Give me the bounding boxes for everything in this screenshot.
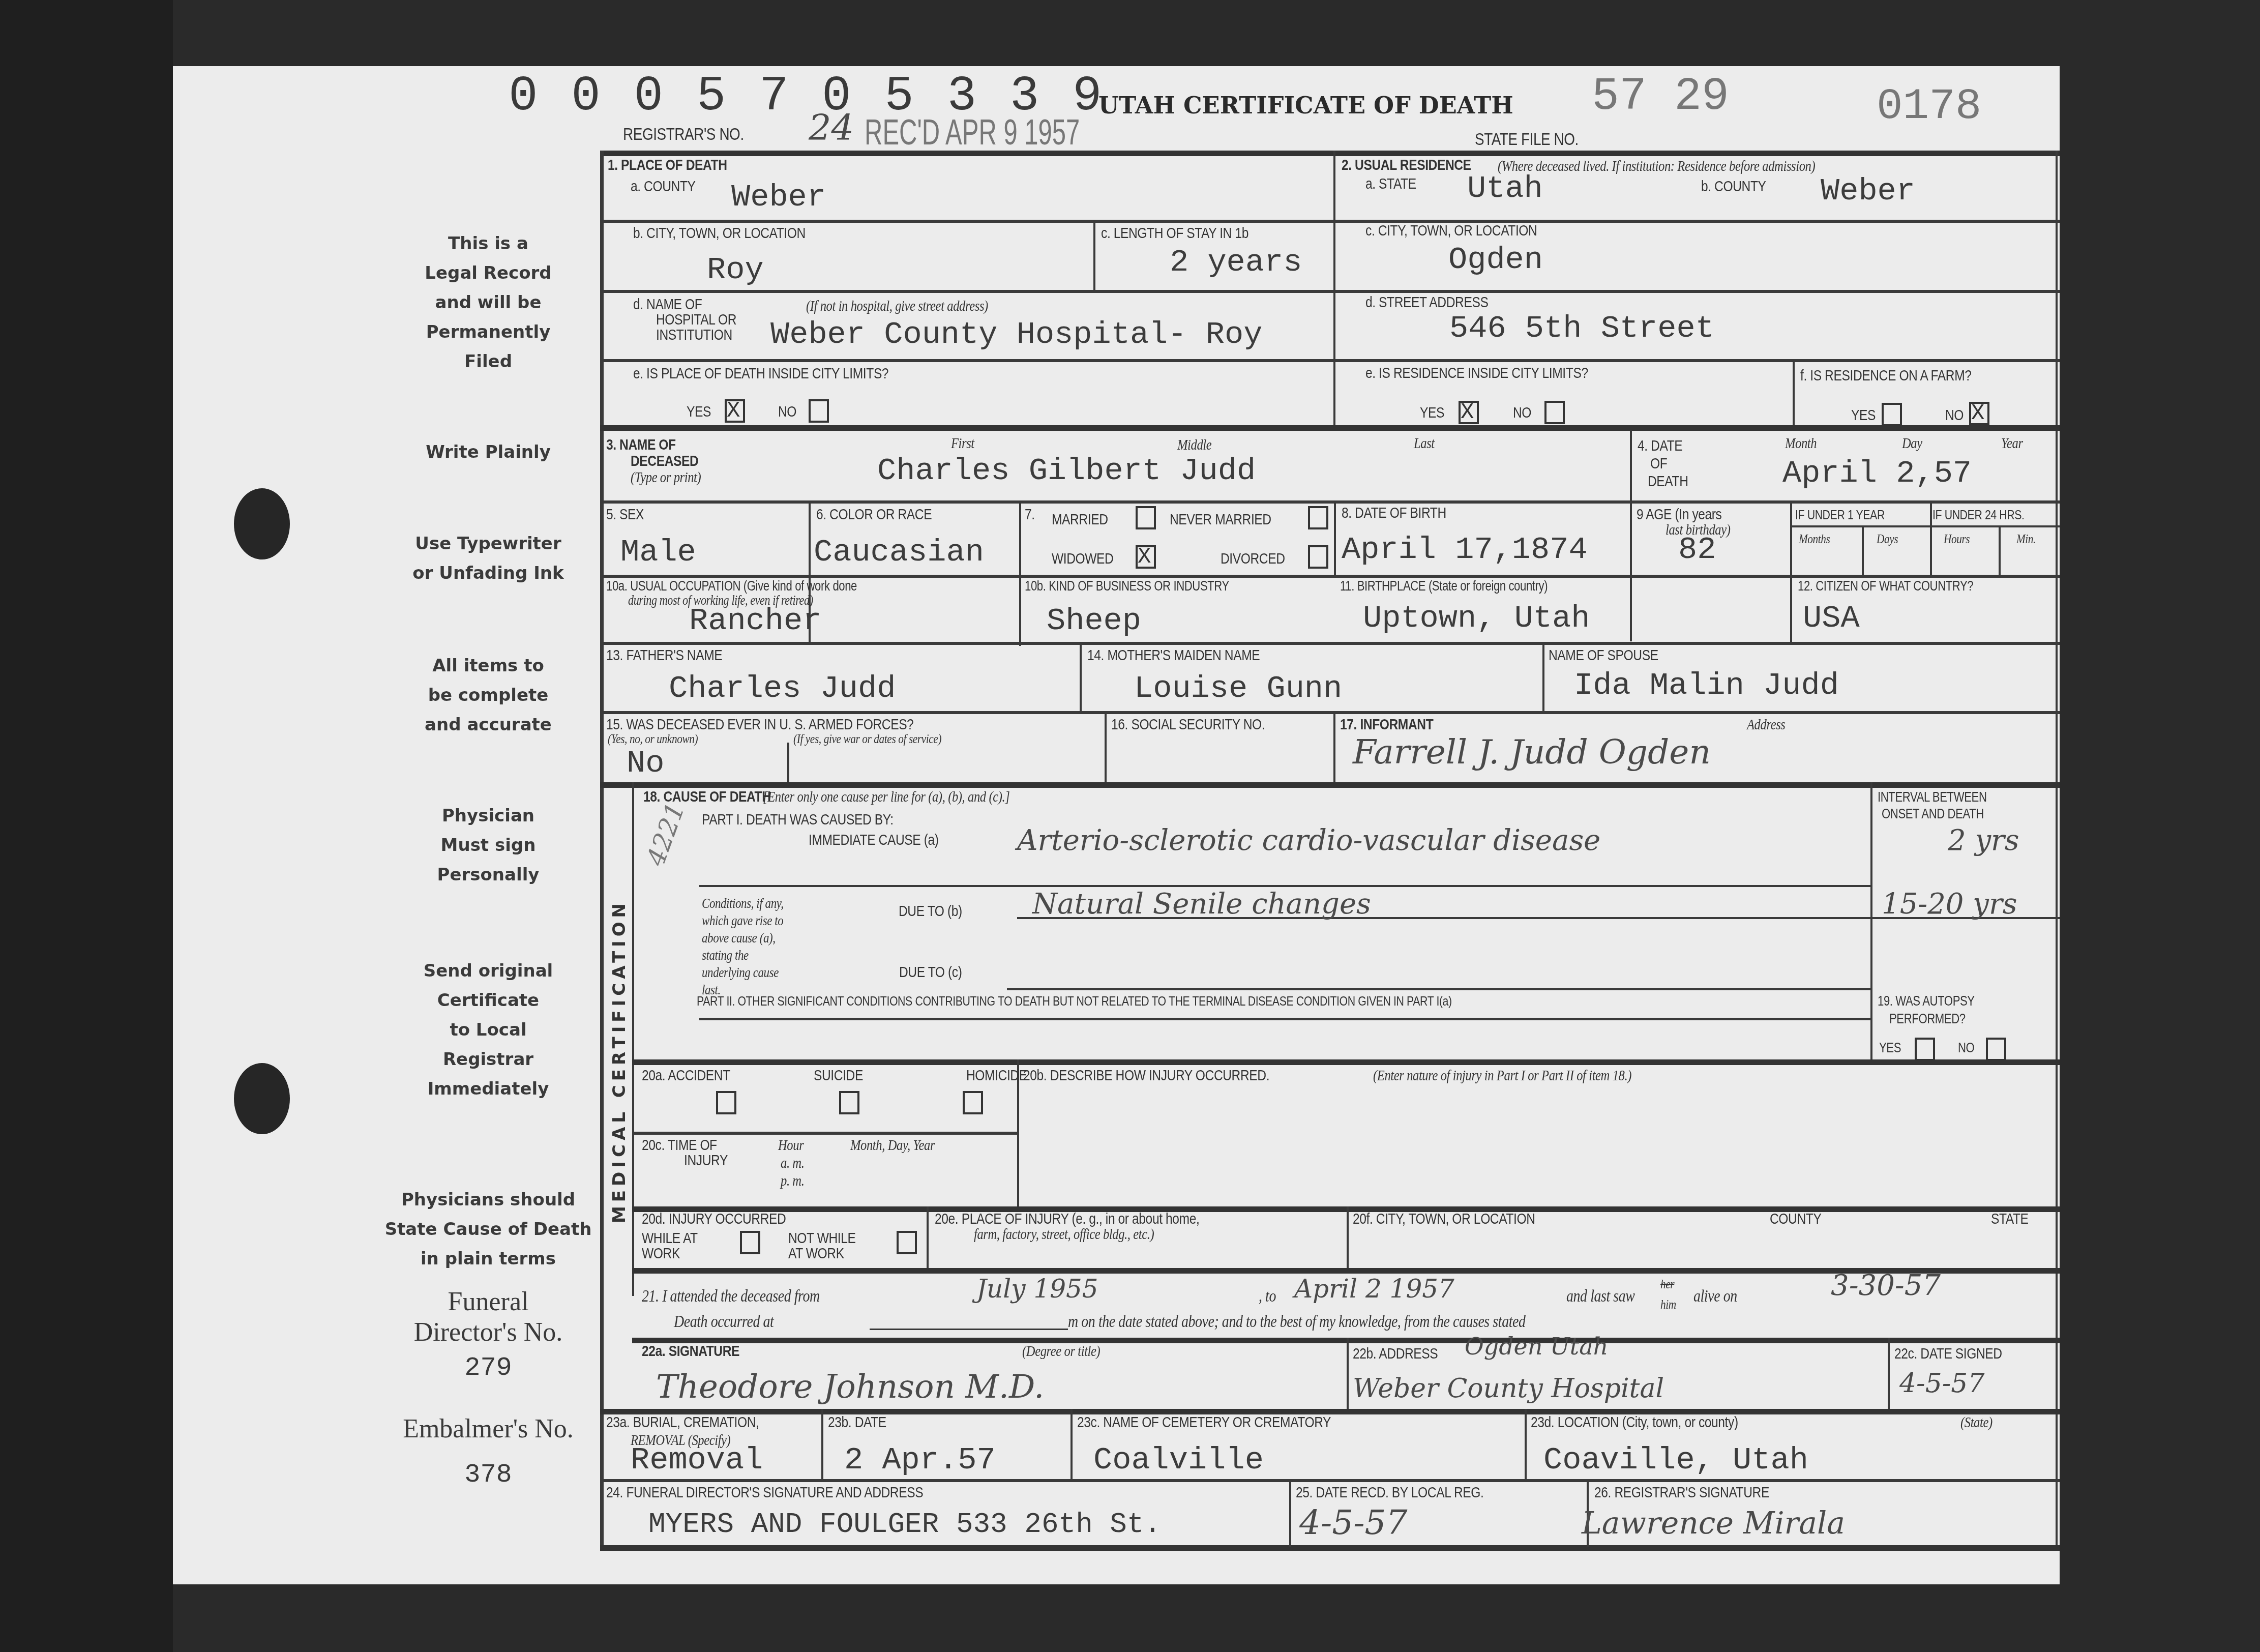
margin-note-send-original: Send original Certificate to Local Regis… [356,956,620,1104]
informant-label: 17. INFORMANT [1340,716,1433,733]
divorced-checkbox[interactable] [1308,545,1328,569]
date-of-death-label-3: DEATH [1648,473,1688,490]
interval-b-value: 15-20 yrs [1882,888,2017,921]
mother-value: Louise Gunn [1134,670,1342,706]
injury-occurred-label: 20d. INJURY OCCURRED [642,1211,786,1228]
funeral-director-value: MYERS AND FOULGER 533 26th St. [648,1508,1161,1541]
date-of-birth-value: April 17,1874 [1342,532,1588,568]
funeral-director-number: 279 [356,1353,620,1383]
burial-value: Removal [631,1442,763,1478]
cemetery-value: Coalville [1093,1442,1264,1478]
margin-note-typewriter: Use Typewriter or Unfading Ink [356,529,620,588]
residence-inside-city-no-checkbox[interactable] [1544,401,1565,424]
death-no-label: NO [778,403,796,421]
margin-note-physician-sign: Physician Must sign Personally [356,801,620,890]
residence-street-value: 546 5th Street [1449,310,1714,346]
suicide-label: SUICIDE [814,1067,863,1084]
never-married-checkbox[interactable] [1308,506,1328,529]
residence-state-value: Utah [1467,170,1543,206]
date-received-label: 25. DATE RECD. BY LOCAL REG. [1296,1484,1483,1501]
pm-label: p. m. [781,1172,804,1190]
autopsy-label-1: 19. WAS AUTOPSY [1878,993,1975,1009]
injury-city-label: 20f. CITY, TOWN, OR LOCATION [1353,1211,1535,1228]
never-married-label: NEVER MARRIED [1170,511,1271,528]
disposition-date-label: 23b. DATE [828,1414,886,1431]
homicide-label: HOMICIDE [966,1067,1027,1084]
alive-on-label: alive on [1693,1287,1737,1306]
state-file-label: STATE FILE NO. [1475,130,1579,150]
months-label: Months [1799,532,1830,547]
ssn-label: 16. SOCIAL SECURITY NO. [1111,716,1265,733]
death-city-label: b. CITY, TOWN, OR LOCATION [633,225,806,242]
place-of-injury-label-2: farm, factory, street, office bldg., etc… [974,1226,1154,1243]
embalmer-number: 378 [356,1460,620,1490]
registrar-no-label: REGISTRAR'S NO. [623,125,744,144]
deceased-name-label-2: DECEASED [631,453,698,470]
under-1-year-label: IF UNDER 1 YEAR [1795,507,1885,523]
age-label-1: 9 AGE (In years [1637,506,1721,523]
injury-state-label: STATE [1991,1211,2029,1228]
funeral-director-signature-label: 24. FUNERAL DIRECTOR'S SIGNATURE AND ADD… [606,1484,923,1501]
to-label: , to [1259,1287,1276,1306]
disposition-location-value: Coaville, Utah [1543,1442,1808,1478]
attended-to: April 2 1957 [1294,1274,1454,1304]
disposition-date-value: 2 Apr.57 [844,1442,996,1478]
date-of-birth-label: 8. DATE OF BIRTH [1342,505,1446,522]
describe-injury-hint: (Enter nature of injury in Part I or Par… [1373,1067,1631,1084]
race-value: Caucasian [814,534,984,570]
autopsy-yes-checkbox[interactable] [1915,1038,1935,1061]
part2-label: PART II. OTHER SIGNIFICANT CONDITIONS CO… [697,993,1452,1009]
degree-label: (Degree or title) [1022,1343,1100,1360]
due-to-b-value: Natural Senile changes [1032,888,1371,921]
death-occurred-suffix: m on the date stated above; and to the b… [1068,1312,1526,1332]
date-of-death-label-1: 4. DATE [1638,437,1682,455]
not-while-at-work-label: NOT WHILE AT WORK [788,1231,856,1261]
birthplace-value: Uptown, Utah [1363,600,1590,636]
business-value: Sheep [1047,603,1141,639]
disposition-state-label: (State) [1960,1414,1993,1431]
hour-label: Hour [778,1137,804,1154]
physician-address-label: 22b. ADDRESS [1353,1345,1438,1363]
residence-city-label: c. CITY, TOWN, OR LOCATION [1365,222,1537,240]
deceased-full-name: Charles Gilbert Judd [877,453,1256,489]
physician-address-line2: Weber County Hospital [1353,1373,1664,1404]
medical-certification-label: MEDICAL CERTIFICATION [609,899,630,1223]
while-at-work-checkbox[interactable] [740,1231,760,1254]
accident-checkbox[interactable] [716,1091,736,1114]
day-label: Day [1902,435,1922,452]
residence-city-limits-label: e. IS RESIDENCE INSIDE CITY LIMITS? [1365,365,1588,382]
date-of-death-value: April 2,57 [1782,455,1972,491]
under-24-hrs-label: IF UNDER 24 HRS. [1932,507,2025,523]
min-label: Min. [2016,532,2036,547]
accident-label: 20a. ACCIDENT [642,1067,730,1084]
spouse-value: Ida Malin Judd [1574,667,1839,703]
deceased-name-label-3: (Type or print) [631,469,701,486]
informant-value: Farrell J. Judd Ogden [1353,732,1711,772]
residence-county-value: Weber [1821,173,1915,209]
deceased-name-label-1: 3. NAME OF [606,436,676,454]
interval-label-1: INTERVAL BETWEEN [1878,789,1986,805]
received-stamp: REC'D APR 9 1957 [865,112,1080,153]
death-occurred-label: Death occurred at [674,1312,774,1332]
spouse-label: NAME OF SPOUSE [1549,647,1658,664]
immediate-cause-value: Arterio-sclerotic cardio-vascular diseas… [1017,824,1600,857]
describe-injury-label: 20b. DESCRIBE HOW INJURY OCCURRED. [1023,1067,1269,1084]
while-at-work-label: WHILE AT WORK [642,1231,698,1261]
registrar-signature-label: 26. REGISTRAR'S SIGNATURE [1594,1484,1769,1501]
citizen-label: 12. CITIZEN OF WHAT COUNTRY? [1798,578,1973,594]
due-to-b-label: DUE TO (b) [899,903,962,920]
embalmer-label: Embalmer's No. [356,1414,620,1444]
month-day-year-label: Month, Day, Year [850,1137,935,1154]
hospital-label-2: HOSPITAL OR [656,311,736,329]
farm-no-checkbox[interactable] [1969,402,1989,425]
last-saw-label: and last saw [1566,1287,1635,1306]
armed-forces-hint-2: (If yes, give war or dates of service) [793,731,941,747]
father-value: Charles Judd [669,670,896,706]
hospital-label-1: d. NAME OF [633,296,702,313]
state-file-top: 57 29 [1592,71,1729,123]
residence-county-label: b. COUNTY [1701,178,1766,195]
occupation-label-1: 10a. USUAL OCCUPATION (Give kind of work… [606,578,857,594]
due-to-c-label: DUE TO (c) [899,964,962,981]
physician-signature: Theodore Johnson M.D. [656,1368,1044,1406]
margin-note-legal-record: This is a Legal Record and will be Perma… [356,229,620,376]
usual-residence-label: 2. USUAL RESIDENCE [1342,157,1471,174]
cause-of-death-hint: [Enter only one cause per line for (a), … [763,788,1009,806]
residence-inside-city-yes-checkbox[interactable] [1459,401,1479,424]
marital-number: 7. [1025,506,1035,523]
not-while-at-work-checkbox[interactable] [897,1231,917,1254]
scanner-background-left [0,0,173,1652]
farm-yes-label: YES [1851,407,1876,424]
farm-no-label: NO [1945,407,1964,424]
certificate-title: UTAH CERTIFICATE OF DEATH [1098,92,1513,119]
date-signed-label: 22c. DATE SIGNED [1894,1345,2002,1363]
immediate-cause-label: IMMEDIATE CAUSE (a) [809,832,939,849]
part1-label: PART I. DEATH WAS CAUSED BY: [702,811,894,829]
time-of-injury-label-2: INJURY [684,1152,728,1169]
residence-city-value: Ogden [1448,242,1543,278]
residence-street-label: d. STREET ADDRESS [1365,294,1488,311]
hours-label: Hours [1944,532,1970,547]
conditions-label: Conditions, if any, which gave rise to a… [702,895,798,999]
widowed-label: WIDOWED [1052,550,1113,568]
time-of-injury-label-1: 20c. TIME OF [642,1137,717,1154]
race-label: 6. COLOR OR RACE [816,506,932,523]
autopsy-no-checkbox[interactable] [1986,1038,2006,1061]
him-label: him [1660,1297,1676,1312]
married-checkbox[interactable] [1136,506,1156,529]
usual-residence-hint: (Where deceased lived. If institution: R… [1498,158,1815,175]
business-label: 10b. KIND OF BUSINESS OR INDUSTRY [1025,578,1229,594]
interval-a-value: 2 yrs [1948,824,2019,857]
hospital-label-3: INSTITUTION [656,327,732,344]
year-label: Year [2001,435,2023,452]
widowed-checkbox[interactable] [1136,545,1156,569]
farm-yes-checkbox[interactable] [1882,403,1902,426]
citizen-value: USA [1803,600,1860,636]
autopsy-yes-label: YES [1879,1040,1901,1056]
date-signed-value: 4-5-57 [1899,1368,1984,1399]
occupation-value: Rancher [689,603,821,639]
sex-value: Male [620,534,696,570]
mother-label: 14. MOTHER'S MAIDEN NAME [1087,647,1260,664]
residence-no-label: NO [1513,404,1531,422]
hospital-hint: (If not in hospital, give street address… [806,298,988,315]
injury-county-label: COUNTY [1770,1211,1821,1228]
death-yes-label: YES [687,403,711,421]
state-file-number: 0178 [1877,81,1981,131]
last-name-label: Last [1414,435,1435,452]
signature-label: 22a. SIGNATURE [642,1343,739,1360]
armed-forces-hint-1: (Yes, no, or unknown) [608,731,698,747]
place-of-death-label: 1. PLACE OF DEATH [608,157,727,174]
first-name-label: First [951,435,974,452]
am-label: a. m. [781,1155,804,1172]
death-inside-city-yes-checkbox[interactable] [725,399,745,423]
margin-note-write-plainly: Write Plainly [356,437,620,467]
residence-state-label: a. STATE [1365,175,1416,193]
month-label: Month [1785,435,1817,452]
residence-yes-label: YES [1420,404,1444,422]
death-county-label: a. COUNTY [631,178,696,195]
registrar-signature-value: Lawrence Mirala [1582,1506,1845,1541]
armed-forces-value: No [627,745,664,781]
birthplace-label: 11. BIRTHPLACE (State or foreign country… [1340,578,1548,594]
burial-label-1: 23a. BURIAL, CREMATION, [606,1414,759,1431]
place-of-injury-label-1: 20e. PLACE OF INJURY (e. g., in or about… [935,1211,1199,1228]
suicide-checkbox[interactable] [839,1091,859,1114]
death-inside-city-no-checkbox[interactable] [809,399,829,423]
date-of-death-label-2: OF [1650,455,1667,473]
age-value: 82 [1678,532,1716,568]
farm-label: f. IS RESIDENCE ON A FARM? [1800,367,1972,385]
death-city-value: Roy [707,252,764,288]
death-city-limits-label: e. IS PLACE OF DEATH INSIDE CITY LIMITS? [633,365,888,382]
date-received-value: 4-5-57 [1299,1503,1408,1542]
informant-address-label: Address [1747,716,1785,733]
length-of-stay-label: c. LENGTH OF STAY IN 1b [1101,225,1248,242]
funeral-director-label: Funeral Director's No. [356,1287,620,1348]
margin-note-cause-plain: Physicians should State Cause of Death i… [356,1185,620,1274]
punch-hole-icon [234,1063,290,1134]
disposition-location-label: 23d. LOCATION (City, town, or county) [1531,1414,1738,1431]
margin-note-complete: All items to be complete and accurate [356,651,620,740]
last-seen-date: 3-30-57 [1831,1269,1941,1302]
interval-label-2: ONSET AND DEATH [1882,806,1984,822]
autopsy-label-2: PERFORMED? [1889,1011,1966,1027]
her-label: her [1660,1277,1674,1292]
divorced-label: DIVORCED [1221,550,1285,568]
attended-prefix: 21. I attended the deceased from [642,1287,820,1306]
days-label: Days [1877,532,1898,547]
attended-from: July 1955 [976,1274,1098,1304]
registrar-no: 24 [809,107,854,149]
armed-forces-label: 15. WAS DECEASED EVER IN U. S. ARMED FOR… [606,716,913,733]
physician-address-line1: Ogden Utah [1465,1333,1608,1360]
cemetery-label: 23c. NAME OF CEMETERY OR CREMATORY [1077,1414,1331,1431]
death-county-value: Weber [731,179,826,215]
married-label: MARRIED [1052,511,1108,528]
homicide-checkbox[interactable] [963,1091,983,1114]
middle-name-label: Middle [1177,436,1211,454]
length-of-stay-value: 2 years [1170,244,1302,280]
sex-label: 5. SEX [606,506,644,523]
hospital-value: Weber County Hospital- Roy [770,316,1262,352]
father-label: 13. FATHER'S NAME [606,647,722,664]
autopsy-no-label: NO [1958,1040,1974,1056]
punch-hole-icon [234,488,290,559]
